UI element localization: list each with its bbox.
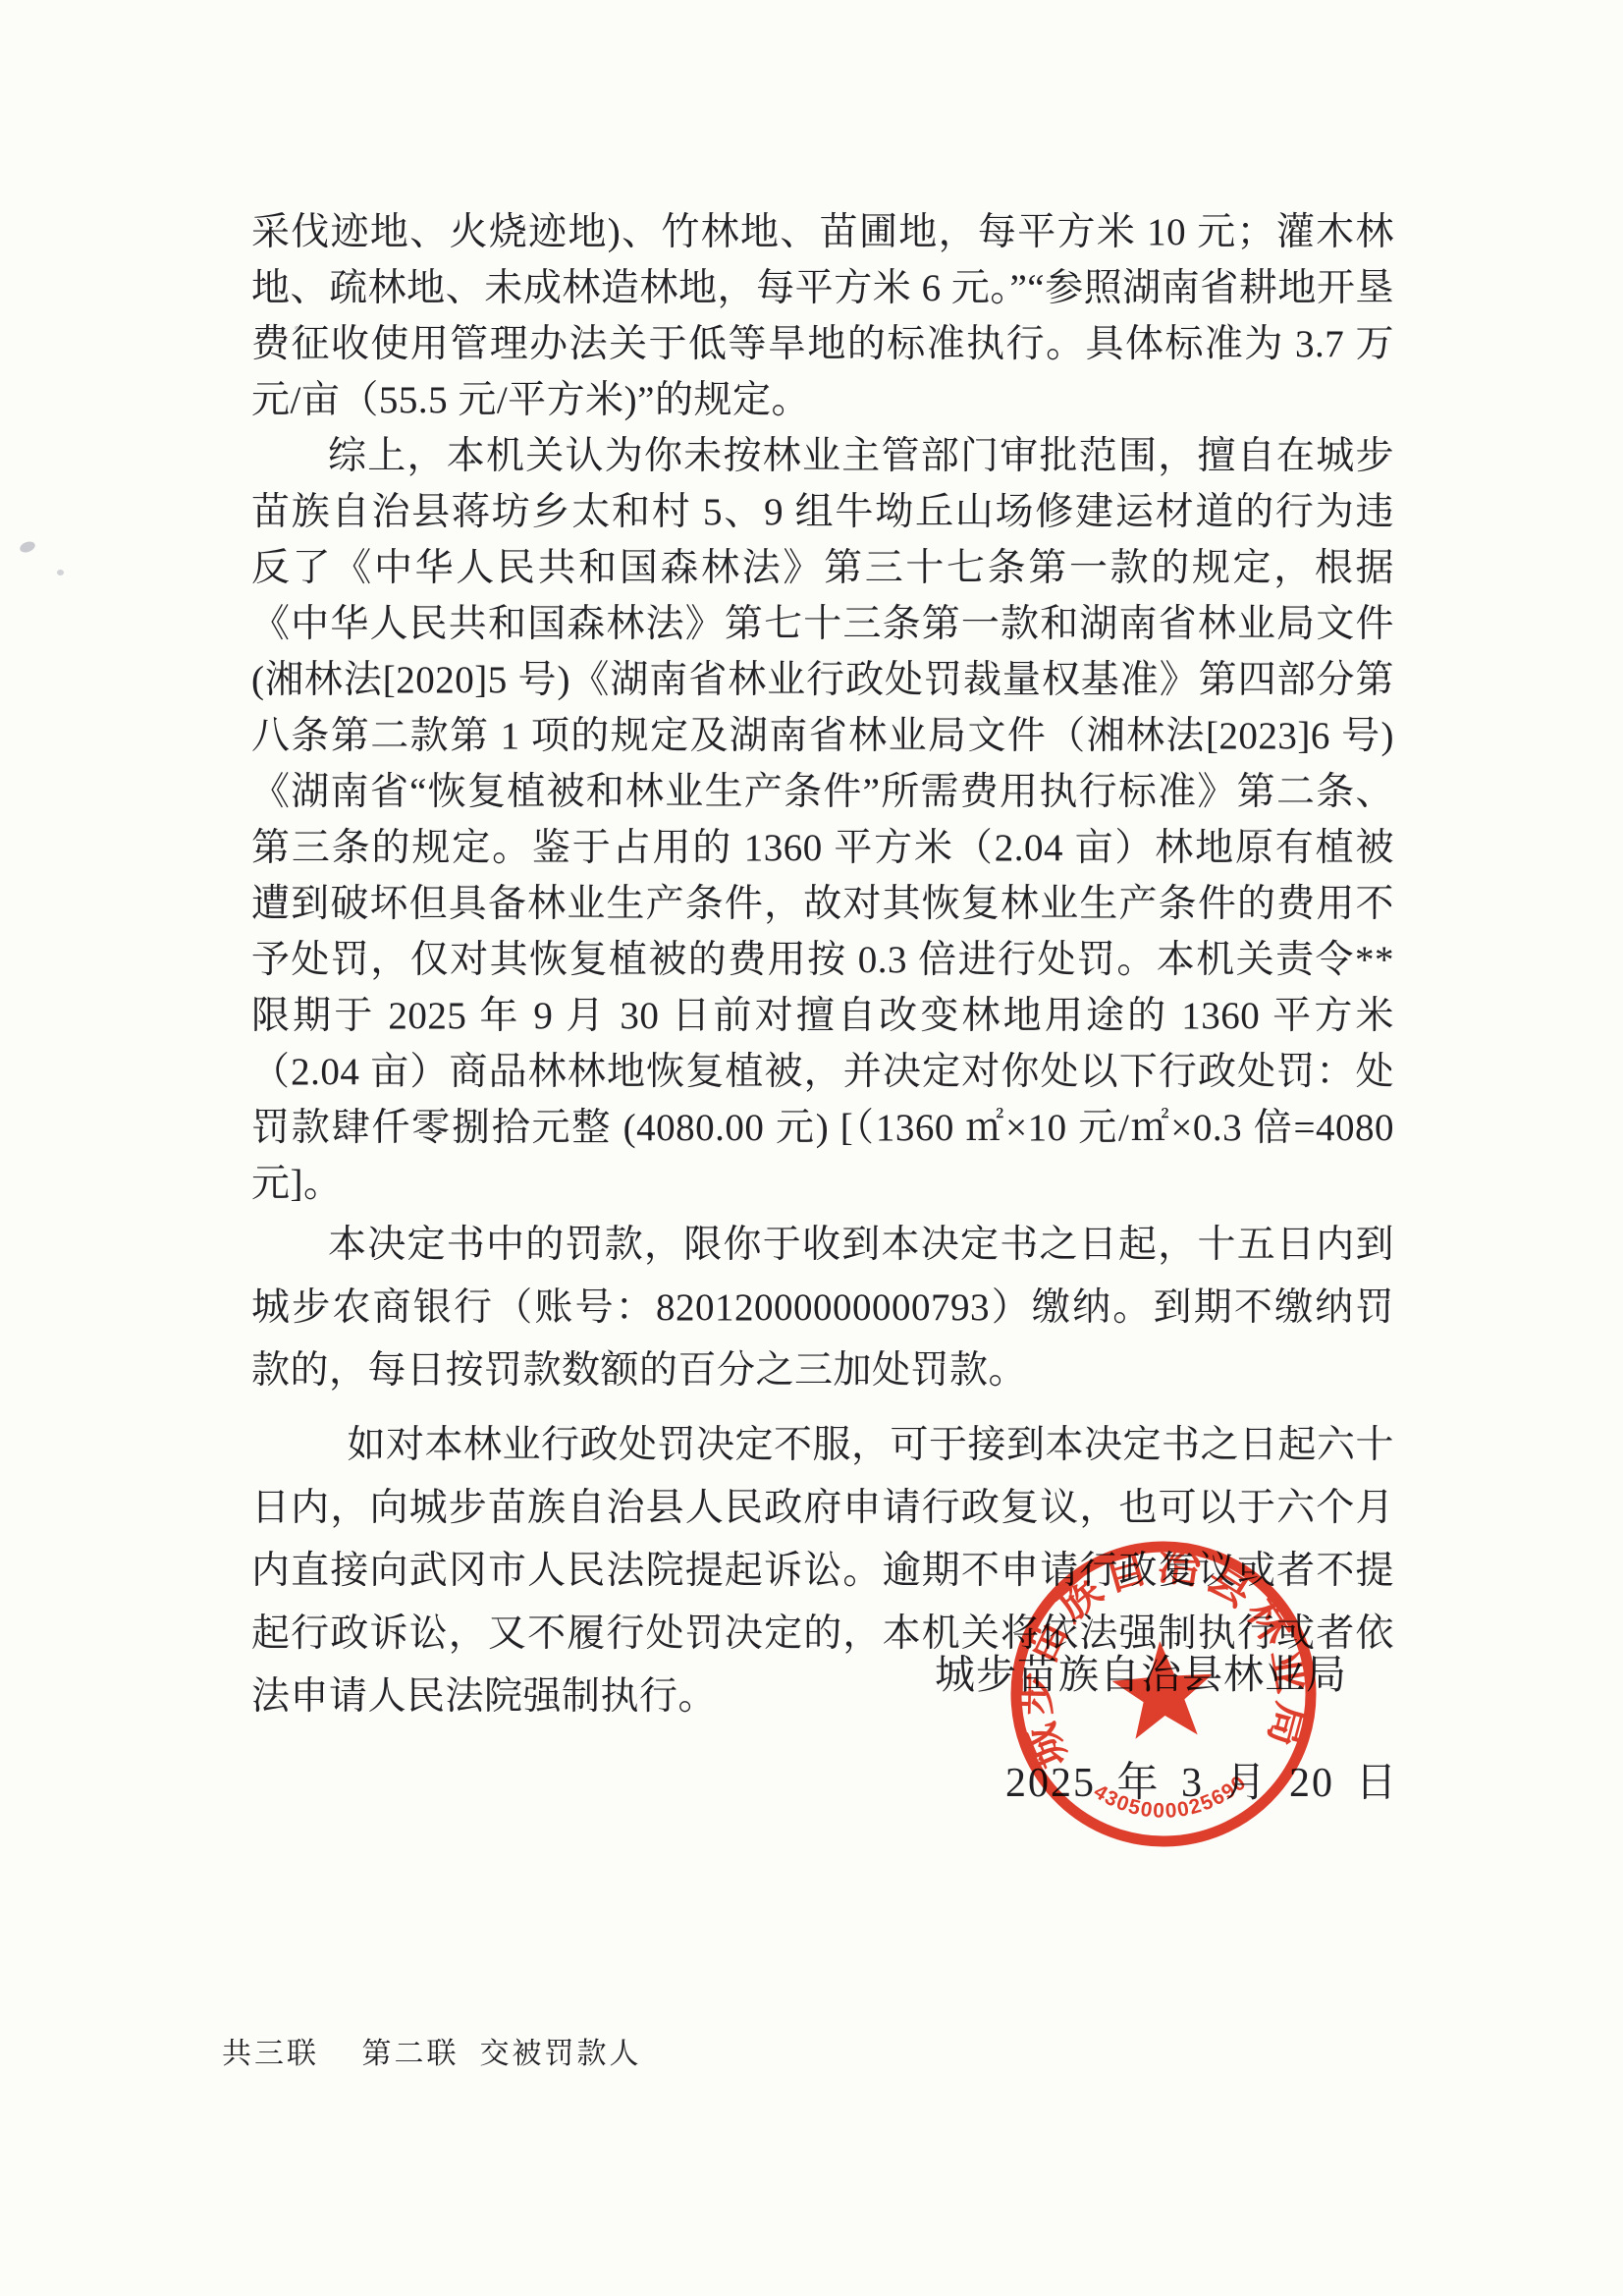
paragraph-fee-standards: 采伐迹地、火烧迹地)、竹林地、苗圃地，每平方米 10 元；灌木林地、疏林地、未成… [251,204,1394,428]
paragraph-decision: 综上，本机关认为你未按林业主管部门审批范围，擅自在城步苗族自治县蒋坊乡太和村 5… [251,428,1394,1212]
paragraph-payment: 本决定书中的罚款，限你于收到本决定书之日起，十五日内到城步农商银行（账号：820… [251,1214,1394,1402]
scan-speck [295,326,299,330]
scan-speck [19,540,36,555]
copy-distribution-note: 共三联 第二联 交被罚款人 [222,2029,642,2072]
svg-text:4305000025690: 4305000025690 [1089,1770,1254,1828]
official-seal: 城步苗族自治县林业局 4305000025690 [986,1516,1342,1873]
seal-number: 4305000025690 [1089,1770,1254,1828]
document-page: 采伐迹地、火烧迹地)、竹林地、苗圃地，每平方米 10 元；灌木林地、疏林地、未成… [0,0,1623,2296]
decision-body: 采伐迹地、火烧迹地)、竹林地、苗圃地，每平方米 10 元；灌木林地、疏林地、未成… [251,204,1394,1728]
seal-star-icon [1109,1638,1217,1741]
scan-speck [57,570,64,575]
